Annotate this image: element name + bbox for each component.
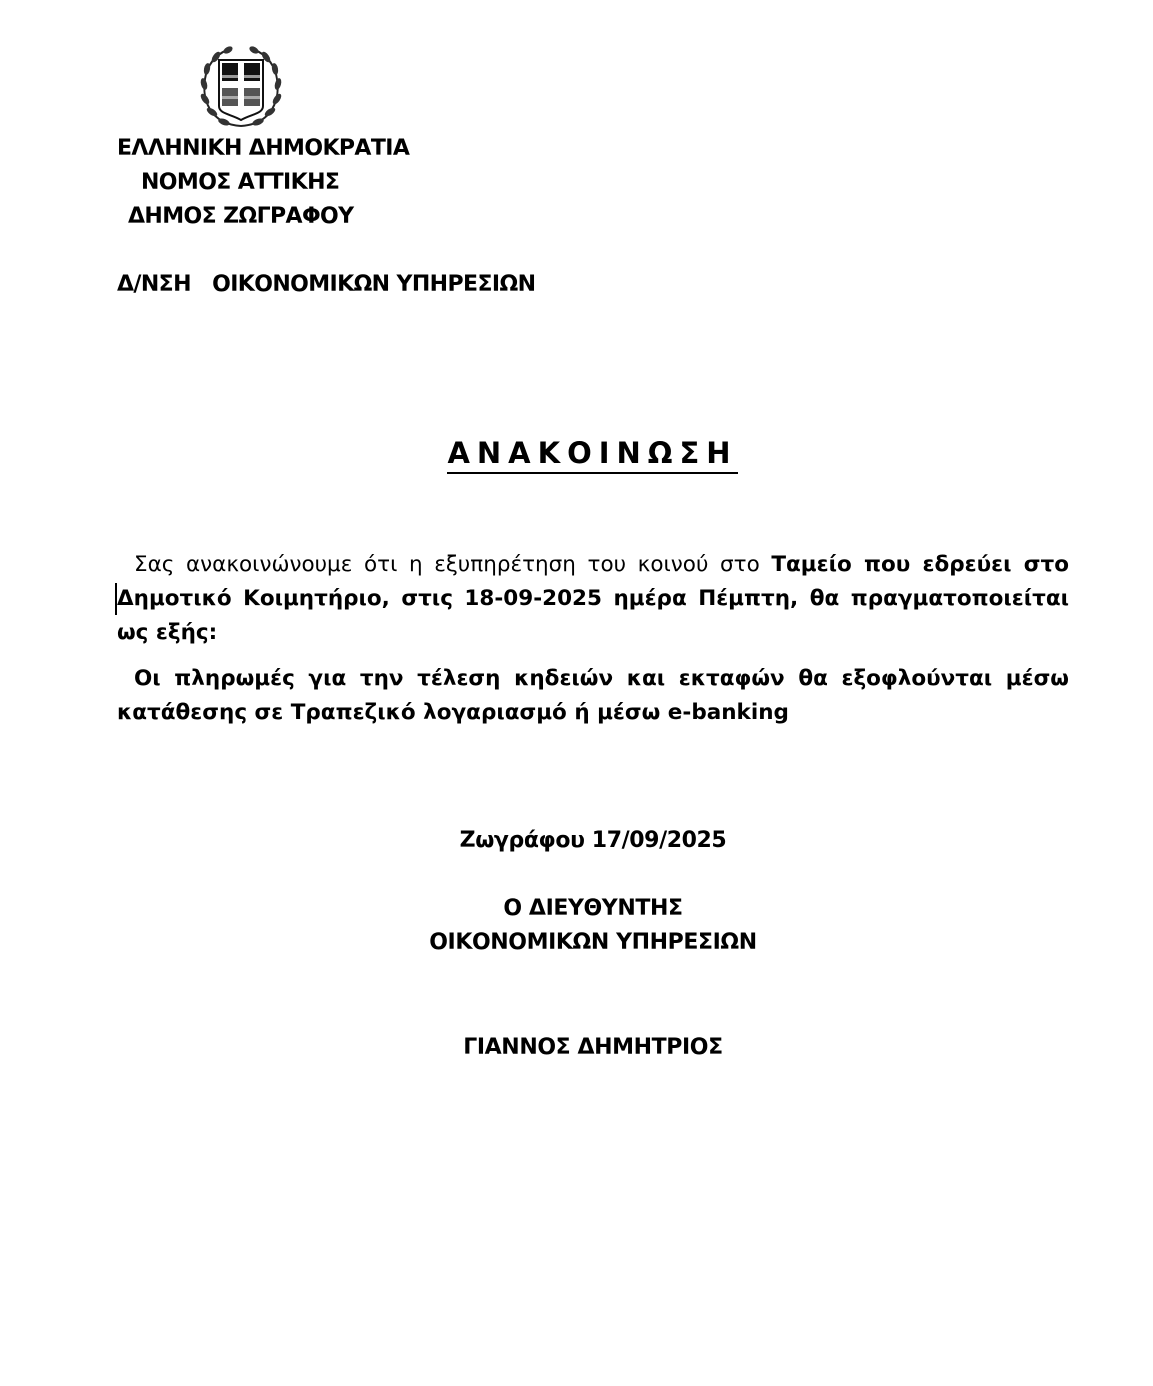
body-paragraph-1: Σας ανακοινώνουμε ότι η εξυπηρέτηση του … [117,548,1069,650]
greek-coat-of-arms-icon [196,44,286,132]
paragraph-1-regular: Σας ανακοινώνουμε ότι η εξυπηρέτηση του … [134,552,771,577]
signature-role-line-2: ΟΙΚΟΝΟΜΙΚΩΝ ΥΠΗΡΕΣΙΩΝ [400,930,786,955]
signature-role-line-1: Ο ΔΙΕΥΘΥΝΤΗΣ [400,896,786,921]
header-country: ΕΛΛΗΝΙΚΗ ΔΗΜΟΚΡΑΤΙΑ [117,136,409,161]
signature-name: ΓΙΑΝΝΟΣ ΔΗΜΗΤΡΙΟΣ [400,1035,786,1060]
signature-place-date: Ζωγράφου 17/09/2025 [400,828,786,853]
announcement-title: ΑΝΑΚΟΙΝΩΣΗ [0,436,1153,470]
announcement-title-text: ΑΝΑΚΟΙΝΩΣΗ [447,436,737,474]
body-paragraph-2: Οι πληρωμές για την τέλεση κηδειών και ε… [117,662,1069,730]
header-municipality: ΔΗΜΟΣ ΖΩΓΡΑΦΟΥ [128,204,353,229]
header-prefecture: ΝΟΜΟΣ ΑΤΤΙΚΗΣ [141,170,339,195]
header-department: Δ/ΝΣΗ ΟΙΚΟΝΟΜΙΚΩΝ ΥΠΗΡΕΣΙΩΝ [117,272,535,297]
